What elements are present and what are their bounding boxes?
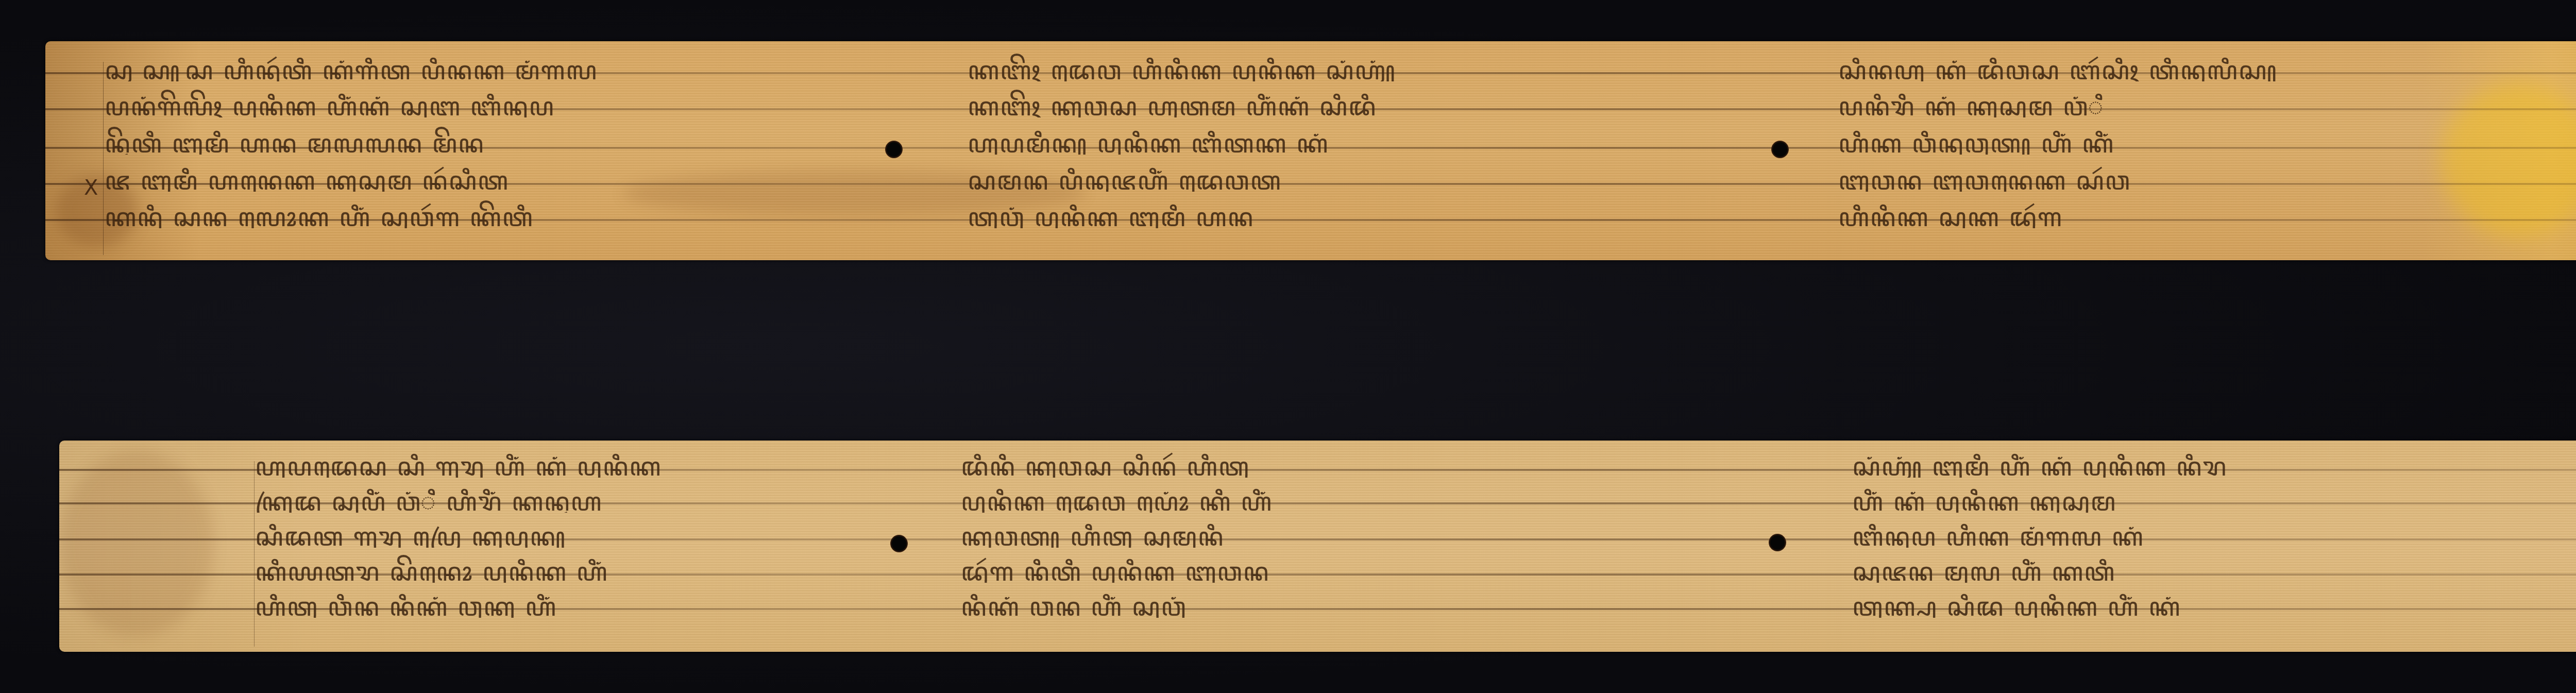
- manuscript-line: ꦗ ꦧꦸꦩꦶ ꦲꦤꦺꦏ ꦏꦸꦱꦸꦩ ꦤꦂꦱꦶꦠ: [105, 161, 872, 192]
- manuscript-line: ꦏꦧꦼꦃ ꦏꦸꦮꦱ ꦲꦸꦠꦩ ꦲꦶꦁꦏꦁ ꦱꦶꦢꦶ: [968, 87, 1720, 117]
- manuscript-line: ꦱꦶꦤꦲꦸ ꦏꦁ ꦢꦶꦮꦱ ꦧꦂꦱꦶꦃ ꦠꦶꦤꦸꦭꦶꦱ꧀: [1838, 50, 2554, 81]
- manuscript-line: ꦏꦤ꧀ꦤꦶ ꦱꦤ꧀ꦠꦸ ꦭꦺꦴꦏ ꦲꦶꦁ ꦱꦸꦮꦂꦒ ꦏꦼꦠꦶ: [105, 197, 872, 228]
- margin-line: [254, 461, 255, 647]
- manuscript-line: ꦏꦧꦼꦃ ꦢꦺꦮ ꦲꦶꦤꦶꦏ ꦥꦸꦤꦶꦏ ꦱꦁꦲꦾꦁ: [968, 50, 1720, 81]
- manuscript-line: ꦥꦸꦤꦶꦏ ꦢꦺꦮ ꦥꦺꦴꦁ ꦏꦶ ꦲꦶꦁ: [961, 482, 1734, 513]
- manuscript-line: ꦱꦩꦤ꧀ꦠ ꦥꦶꦤꦸꦗꦲꦶꦁ ꦢꦺꦮꦠ: [968, 161, 1720, 192]
- text-block: ꦏꦧꦼꦃ ꦢꦺꦮ ꦲꦶꦤꦶꦏ ꦥꦸꦤꦶꦏ ꦱꦁꦲꦾꦁ ꦏꦧꦼꦃ ꦏꦸꦮꦱ ꦲꦸꦠ…: [968, 41, 1720, 260]
- manuscript-line: ꦤꦶꦏꦁ ꦮꦤ ꦲꦶꦁ ꦱꦸꦮꦸꦁ: [961, 587, 1734, 618]
- manuscript-line: ꦢꦶꦤ꧀ꦠꦶ ꦏꦸꦮꦱ ꦱꦶꦤ꧀ꦠꦸꦂ ꦲꦶꦠꦸ: [961, 447, 1734, 478]
- manuscript-line: ꦥꦤꦁꦒꦼꦭꦼꦃ ꦥꦸꦤꦶꦏ ꦲꦶꦁꦏꦁ ꦱꦸꦧ ꦧꦶꦤꦸꦥ: [105, 87, 872, 117]
- manuscript-line: ꦲꦶꦠꦸ ꦮꦶꦤ꧀ꦠꦸ ꦤꦶꦏꦁ ꦮꦸꦏꦸ ꦲꦶꦁ: [255, 587, 873, 618]
- manuscript-line: ꦱꦁꦲꦾꦁ ꦧꦸꦩꦶ ꦲꦶꦁ ꦏꦁ ꦥꦸꦤꦶꦏ ꦤꦶꦫ: [1852, 447, 2537, 478]
- text-block: ꦱꦁꦲꦾꦁ ꦧꦸꦩꦶ ꦲꦶꦁ ꦏꦁ ꦥꦸꦤꦶꦏ ꦤꦶꦫ ꦲꦶꦁ ꦏꦁ ꦥꦸꦤꦶꦏ…: [1852, 441, 2537, 652]
- text-block: ꦱꦶꦤꦲꦸ ꦏꦁ ꦢꦶꦮꦱ ꦧꦂꦱꦶꦃ ꦠꦶꦤꦸꦭꦶꦱ꧀ ꦥꦤꦶꦫꦶ ꦏꦁ ꦏꦸ…: [1838, 41, 2554, 260]
- manuscript-line: ꦱꦶꦢꦠ ꦒꦸꦫꦸ ꦥꦿꦺ ꦏꦸꦥꦸꦤ꧀: [255, 517, 873, 548]
- manuscript-line: ꦲꦶꦏ ꦮꦶꦤꦸꦮꦸꦠ꧀ ꦲꦶꦁ ꦏꦶꦁ: [1838, 124, 2554, 155]
- palm-leaf-top: X ꦱ꧀ꦮꦱ꧀ꦠꦾꦱ꧀ꦠꦸ ꦲꦶꦤꦸꦂꦠꦶ ꦏꦁꦒꦶꦠ ꦥꦶꦤꦏ ꦩꦁꦒꦭ ꦥꦤ…: [45, 41, 2576, 260]
- manuscript-line: ꦲꦶꦤꦶꦏ ꦱꦸꦏ ꦢꦸꦂꦒ: [1838, 197, 2554, 228]
- margin-mark: X: [84, 176, 98, 200]
- manuscript-line: ꦢꦸꦂꦒ ꦤꦶꦠꦶ ꦥꦸꦤꦶꦏ ꦧꦸꦮꦤ: [961, 552, 1734, 583]
- text-block: ꦢꦶꦤ꧀ꦠꦶ ꦏꦸꦮꦱ ꦱꦶꦤ꧀ꦠꦸꦂ ꦲꦶꦠꦸ ꦥꦸꦤꦶꦏ ꦢꦺꦮ ꦥꦺꦴꦁ …: [961, 441, 1734, 652]
- manuscript-line: ꦲꦸꦥꦩꦶꦤ꧀ ꦥꦸꦤꦶꦏ ꦧꦶꦠꦏ ꦏꦁ: [968, 124, 1720, 155]
- manuscript-line: ꦧꦶꦤꦸꦥ ꦲꦶꦏ ꦩꦁꦒꦭ ꦏꦁ: [1852, 517, 2537, 548]
- manuscript-line: ꦲꦸꦥꦢꦺꦱ ꦱ꧀ꦫꦶ ꦒꦸꦫꦸ ꦲꦶꦁ ꦏꦁ ꦥꦸꦤꦶꦏ: [255, 447, 873, 478]
- text-block: ꦲꦸꦥꦢꦺꦱ ꦱ꧀ꦫꦶ ꦒꦸꦫꦸ ꦲꦶꦁ ꦏꦁ ꦥꦸꦤꦶꦏ ꦏꦿꦸꦢ ꦱꦸꦥꦶꦁ…: [255, 441, 873, 652]
- manuscript-line: ꦥꦤꦶꦫꦶ ꦏꦁ ꦏꦸꦱꦸꦩ ꦮꦁꦶ: [1838, 87, 2554, 117]
- binding-hole: [1771, 141, 1789, 158]
- binding-hole: [885, 141, 903, 158]
- manuscript-line: ꦠꦸꦏ꧀ꦥꦸ ꦱꦶꦢ ꦥꦸꦤꦶꦏ ꦲꦶꦁ ꦏꦁ: [1852, 587, 2537, 618]
- manuscript-line: ꦏꦿꦸꦢ ꦱꦸꦥꦶꦁ ꦮꦁꦶ ꦲꦶꦫꦶꦁ ꦏꦤ꧀ꦢꦲ: [255, 482, 873, 513]
- palm-leaf-bottom: ꦲꦸꦥꦢꦺꦱ ꦱ꧀ꦫꦶ ꦒꦸꦫꦸ ꦲꦶꦁ ꦏꦁ ꦥꦸꦤꦶꦏ ꦏꦿꦸꦢ ꦱꦸꦥꦶꦁ…: [59, 441, 2576, 652]
- manuscript-line: ꦏꦶꦪꦠꦫ ꦱꦼꦤꦺꦴ ꦥꦸꦤꦶꦏ ꦲꦶꦁ: [255, 552, 873, 583]
- manuscript-line: ꦲꦶꦁ ꦏꦁ ꦥꦸꦤꦶꦏ ꦏꦸꦱꦸꦩ: [1852, 482, 2537, 513]
- manuscript-line: ꦠꦸꦮꦸꦁ ꦥꦸꦤꦶꦏ ꦧꦸꦩꦶ ꦲꦤ: [968, 197, 1720, 228]
- manuscript-line: ꦱꦸꦗꦤ ꦩꦸꦭ ꦲꦶꦁ ꦏꦠꦶ: [1852, 552, 2537, 583]
- manuscript-line: ꦏꦸꦮꦠ꧀ ꦲꦶꦠꦸ ꦱꦸꦩꦸꦤꦶ: [961, 517, 1734, 548]
- manuscript-line: ꦱ꧀ꦮꦱ꧀ꦠꦾꦱ꧀ꦠꦸ ꦲꦶꦤꦸꦂꦠꦶ ꦏꦁꦒꦶꦠ ꦥꦶꦤꦏ ꦩꦁꦒꦭ: [105, 50, 872, 81]
- binding-hole: [1769, 534, 1786, 551]
- manuscript-line: ꦧꦸꦮꦤ ꦧꦸꦮꦤꦺꦏ ꦱꦂꦮ: [1838, 161, 2554, 192]
- binding-hole: [890, 535, 908, 552]
- manuscript-line: ꦤ꧀ꦢꦼꦠꦶ ꦧꦸꦩꦶ ꦲꦤ ꦩꦭꦭꦤ ꦩꦼꦤ: [105, 124, 872, 155]
- margin-line: [103, 62, 104, 255]
- text-block: ꦱ꧀ꦮꦱ꧀ꦠꦾꦱ꧀ꦠꦸ ꦲꦶꦤꦸꦂꦠꦶ ꦏꦁꦒꦶꦠ ꦥꦶꦤꦏ ꦩꦁꦒꦭ ꦥꦤꦁꦒ…: [105, 41, 872, 260]
